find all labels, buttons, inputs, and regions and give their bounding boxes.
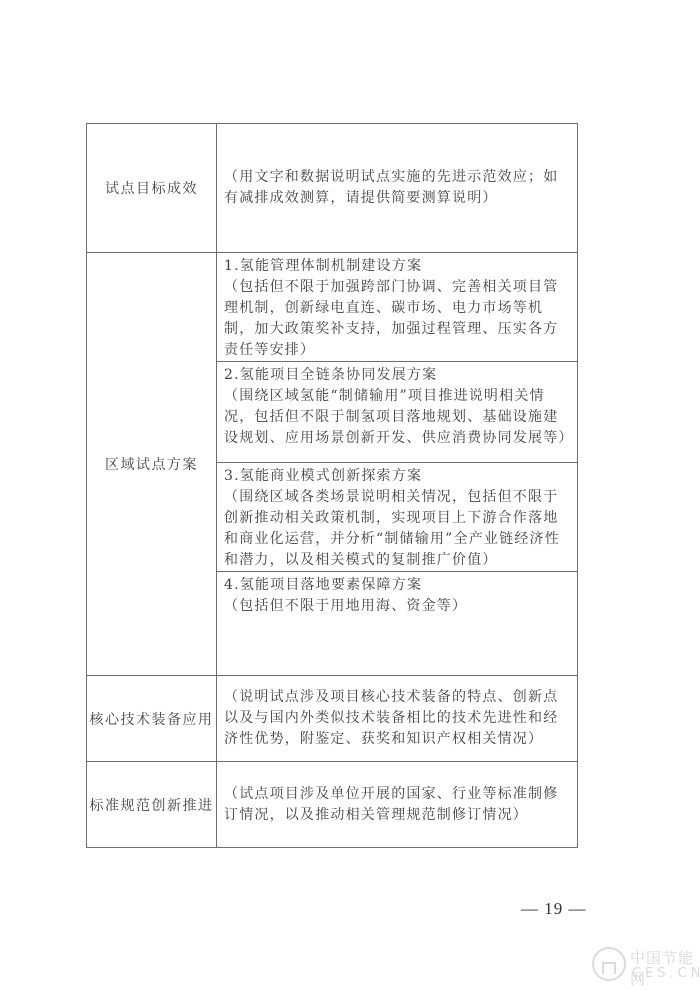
- table-row: 标准规范创新推进 （试点项目涉及单位开展的国家、行业等标准制修订情况，以及推动相…: [87, 762, 578, 848]
- row-content: （试点项目涉及单位开展的国家、行业等标准制修订情况，以及推动相关管理规范制修订情…: [217, 762, 578, 848]
- watermark-en-text: CES.CN: [632, 966, 700, 981]
- application-form-table: 试点目标成效 （用文字和数据说明试点实施的先进示范效应；如有减排成效测算，请提供…: [86, 123, 578, 848]
- ces-logo-icon: [592, 947, 626, 981]
- subrow-content: 4.氢能项目落地要素保障方案 （包括但不限于用地用海、资金等）: [217, 572, 578, 676]
- subrow-heading: 1.氢能管理体制机制建设方案: [224, 256, 571, 277]
- subrow-heading: 4.氢能项目落地要素保障方案: [224, 575, 571, 596]
- table-row: 核心技术装备应用 （说明试点涉及项目核心技术装备的特点、创新点以及与国内外类似技…: [87, 676, 578, 762]
- page-number: — 19 —: [521, 899, 587, 919]
- subrow-heading: 2.氢能项目全链条协同发展方案: [224, 365, 571, 386]
- subrow-content: 1.氢能管理体制机制建设方案 （包括但不限于加强跨部门协调、完善相关项目管理机制…: [217, 253, 578, 362]
- watermark: 中国节能网 CES.CN: [592, 945, 697, 985]
- row-content: （说明试点涉及项目核心技术装备的特点、创新点以及与国内外类似技术装备相比的技术先…: [217, 676, 578, 762]
- row-label: 核心技术装备应用: [87, 676, 217, 762]
- subrow-desc: （围绕区域氢能“制储输用”项目推进说明相关情况，包括但不限于制氢项目落地规划、基…: [224, 386, 571, 449]
- row-label: 区域试点方案: [87, 253, 217, 676]
- document-page: 试点目标成效 （用文字和数据说明试点实施的先进示范效应；如有减排成效测算，请提供…: [0, 0, 700, 990]
- subrow-desc: （围绕区域各类场景说明相关情况，包括但不限于创新推动相关政策机制，实现项目上下游…: [224, 487, 571, 571]
- table-row: 区域试点方案 1.氢能管理体制机制建设方案 （包括但不限于加强跨部门协调、完善相…: [87, 253, 578, 362]
- subrow-desc: （包括但不限于加强跨部门协调、完善相关项目管理机制，创新绿电直连、碳市场、电力市…: [224, 277, 571, 361]
- subrow-desc: （包括但不限于用地用海、资金等）: [224, 596, 571, 617]
- table-row: 试点目标成效 （用文字和数据说明试点实施的先进示范效应；如有减排成效测算，请提供…: [87, 124, 578, 253]
- row-label: 试点目标成效: [87, 124, 217, 253]
- row-content: （用文字和数据说明试点实施的先进示范效应；如有减排成效测算，请提供简要测算说明）: [217, 124, 578, 253]
- row-label: 标准规范创新推进: [87, 762, 217, 848]
- subrow-content: 3.氢能商业模式创新探索方案 （围绕区域各类场景说明相关情况，包括但不限于创新推…: [217, 463, 578, 572]
- subrow-content: 2.氢能项目全链条协同发展方案 （围绕区域氢能“制储输用”项目推进说明相关情况，…: [217, 362, 578, 463]
- subrow-heading: 3.氢能商业模式创新探索方案: [224, 466, 571, 487]
